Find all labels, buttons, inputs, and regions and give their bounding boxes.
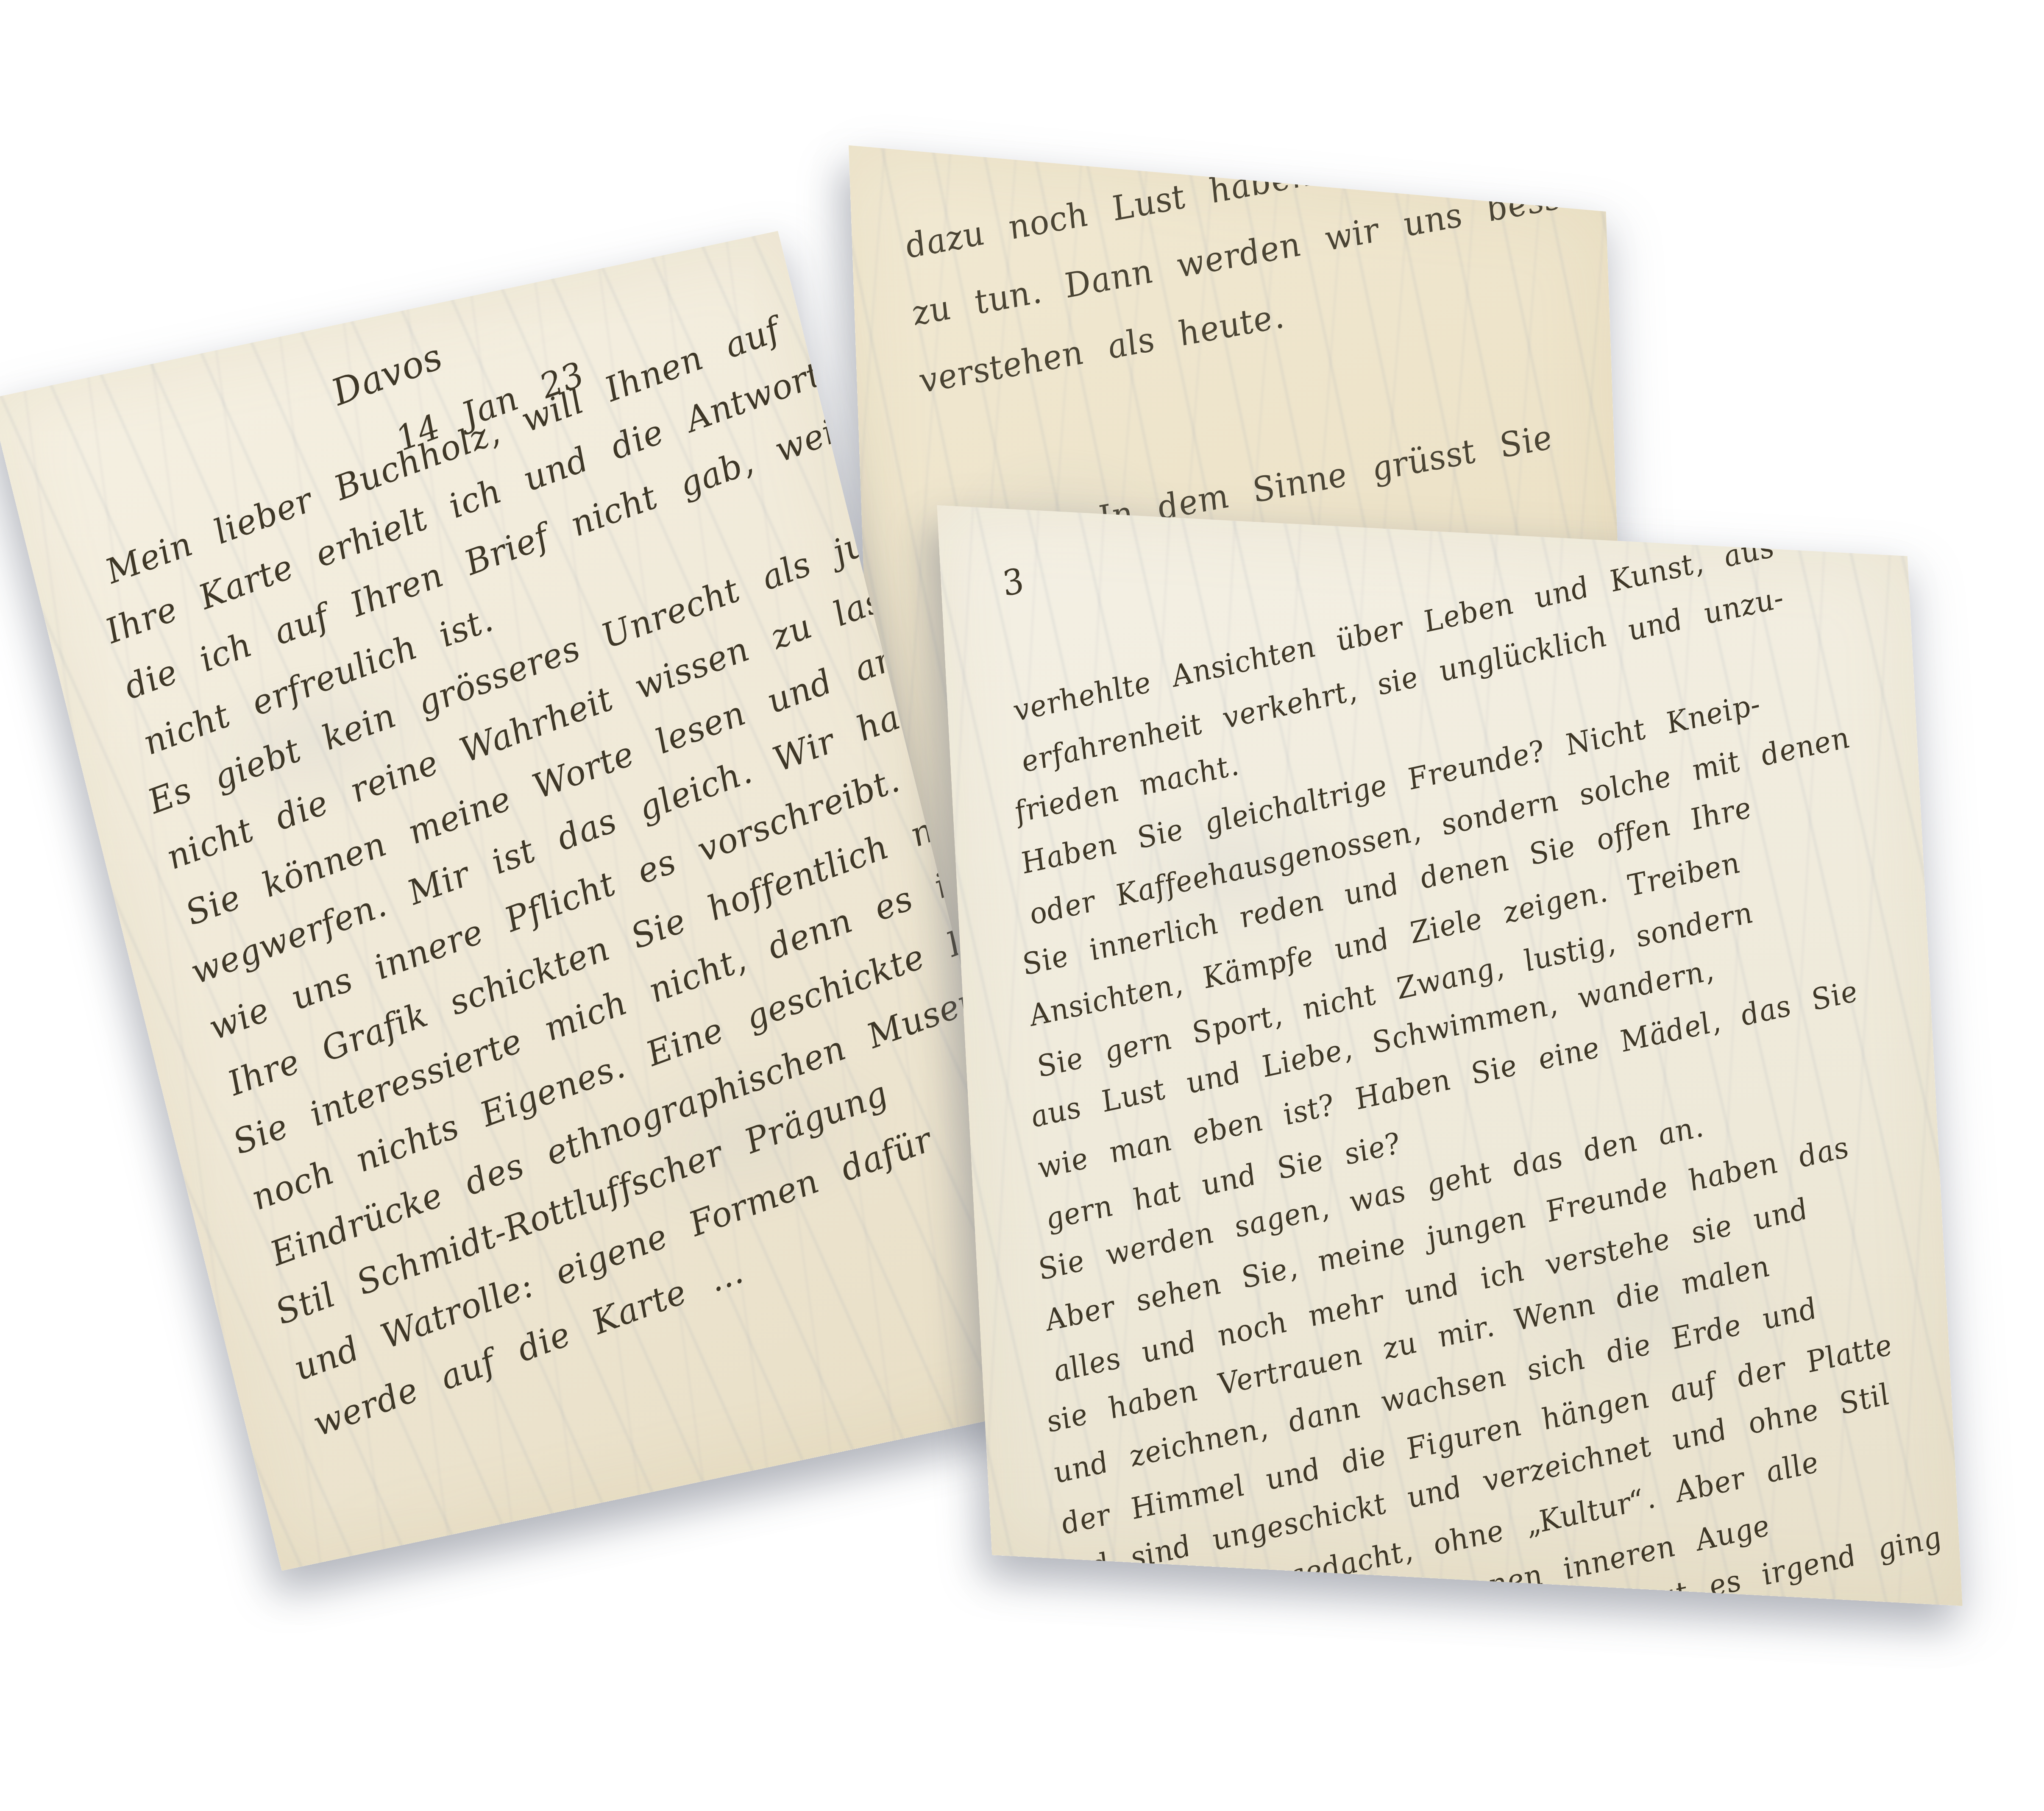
letter-page-3: 3 verhehlte Ansichten über Leben und Kun… [937,505,1962,1606]
letter-photo: dazu noch Lust haben und nichts besseres… [0,0,2044,1811]
page-3-text: 3 verhehlte Ansichten über Leben und Kun… [937,505,1962,1606]
letter-line-part: und gehen nach dem [1064,1583,1434,1606]
